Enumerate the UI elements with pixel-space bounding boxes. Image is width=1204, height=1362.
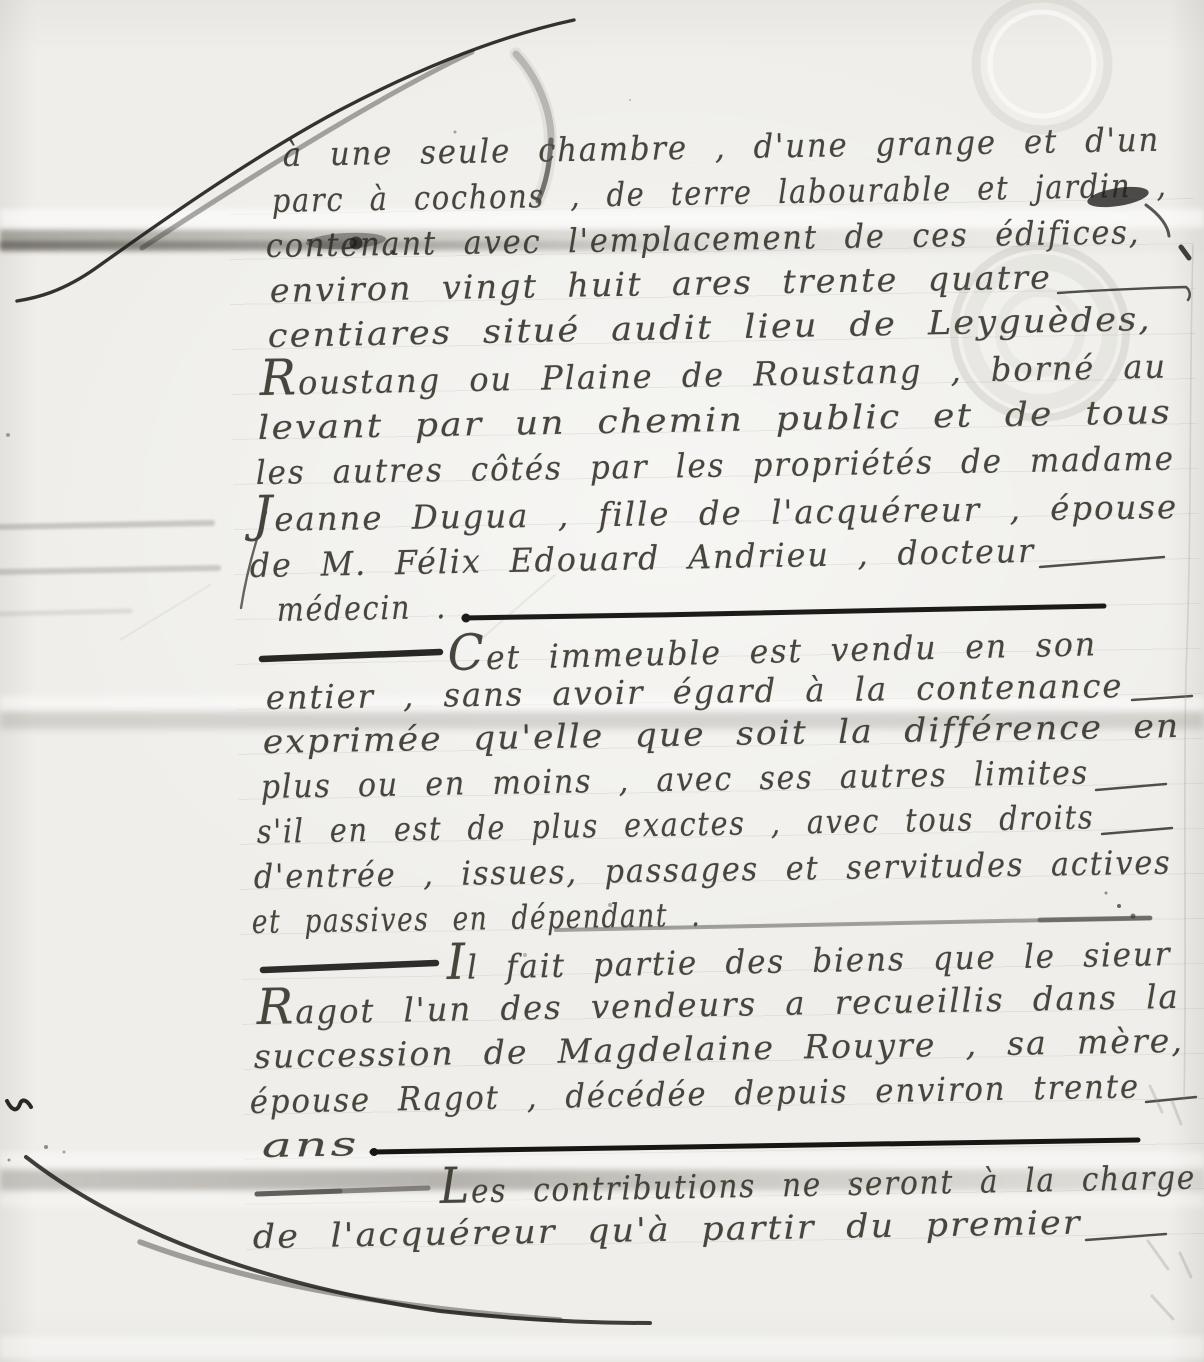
bleedthrough-line [0, 568, 218, 572]
manuscript-line-text: ans [261, 1122, 359, 1168]
paper-shine-band [0, 1336, 1204, 1358]
embossed-stamp-top [976, 0, 1108, 130]
manuscript-line: ans [262, 1124, 326, 1170]
manuscript-line: épouse Ragot , décédée depuis environ tr… [250, 1080, 1204, 1126]
manuscript-line: de l'acquéreur qu'à partir du premier [253, 1215, 1037, 1261]
manuscript-line: médecin . [277, 588, 474, 634]
manuscript-line: de M. Félix Edouard Andrieu , docteur [250, 544, 1067, 590]
bleedthrough-line [0, 523, 212, 527]
manuscript-page: à une seule chambre , d'une grange et d'… [0, 0, 1204, 1362]
manuscript-line: d'entrée , issues, passages et servitude… [254, 855, 1204, 901]
bleedthrough-line [0, 611, 130, 614]
ink-check-mark [7, 1100, 31, 1109]
manuscript-line-text: médecin . [276, 585, 447, 632]
manuscript-line-text: et passives en dépendant . [252, 893, 702, 944]
